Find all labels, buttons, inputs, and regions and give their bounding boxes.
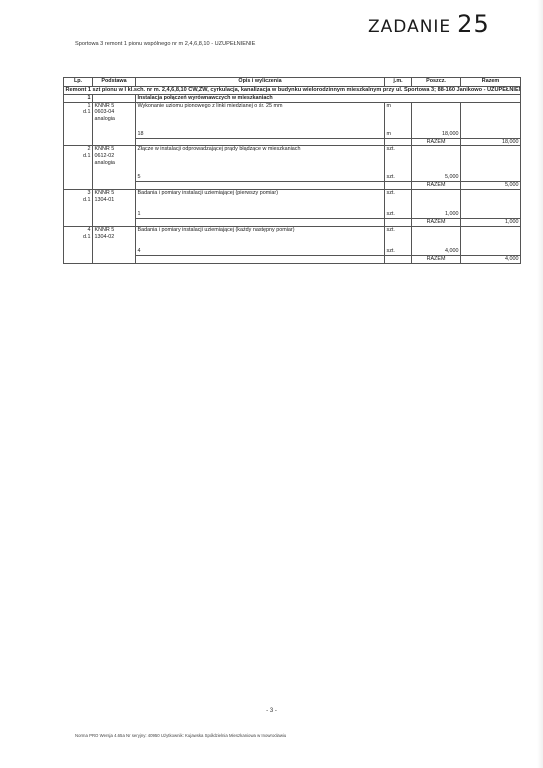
page-number: - 3 - (0, 708, 543, 714)
handwritten-task-note: ZADANIE25 (368, 10, 490, 38)
header-razem: Razem (461, 78, 521, 87)
header-podstawa: Podstawa (93, 78, 136, 87)
razem-podstawa-empty (93, 219, 136, 227)
razem-opis-empty (136, 138, 385, 146)
section-lp: 1 (64, 94, 93, 102)
podstawa-line: KNNR 5 (95, 146, 134, 153)
item-lp: 1 d.1 (64, 102, 93, 138)
item-poszcz-value: 4,000 (412, 248, 461, 256)
section-podstawa-empty (93, 94, 136, 102)
razem-opis-empty (136, 182, 385, 190)
podstawa-line: 1304-01 (95, 197, 134, 204)
item-podstawa: KNNR 51304-01 (93, 190, 136, 219)
razem-jm-empty (385, 182, 412, 190)
table-header-row: Lp. Podstawa Opis i wyliczenia j.m. Posz… (64, 78, 521, 87)
item-calc-unit: szt. (385, 248, 412, 256)
item-unit: szt. (385, 190, 412, 212)
razem-lp-empty (64, 138, 93, 146)
item-calculation: 18 (136, 131, 385, 139)
handwritten-label: ZADANIE (368, 17, 451, 37)
item-lp: 3 d.1 (64, 190, 93, 219)
item-podstawa: KNNR 51304-02 (93, 226, 136, 255)
item-calc-unit: szt. (385, 174, 412, 182)
item-podstawa: KNNR 50612-02analogia (93, 146, 136, 182)
item-description: Złącze w instalacji odprowadzającej prąd… (136, 146, 385, 175)
razem-lp-empty (64, 255, 93, 263)
item-lp-sub: d.1 (66, 109, 91, 116)
razem-label: RAZEM (412, 182, 461, 190)
table-row-razem: RAZEM 1,000 (64, 219, 521, 227)
item-poszcz-value: 5,000 (412, 174, 461, 182)
item-razem-empty (461, 146, 521, 182)
item-poszcz-empty (412, 146, 461, 175)
razem-opis-empty (136, 219, 385, 227)
razem-podstawa-empty (93, 138, 136, 146)
razem-value: 1,000 (461, 219, 521, 227)
section-name: Instalacja połączeń wyrównawczych w mies… (136, 94, 521, 102)
table-row-razem: RAZEM 18,000 (64, 138, 521, 146)
item-razem-empty (461, 190, 521, 219)
table-row-razem: RAZEM 4,000 (64, 255, 521, 263)
item-poszcz-empty (412, 226, 461, 248)
razem-jm-empty (385, 138, 412, 146)
item-poszcz-value: 18,000 (412, 131, 461, 139)
razem-jm-empty (385, 219, 412, 227)
item-lp-number: 4 (66, 227, 91, 234)
header-lp: Lp. (64, 78, 93, 87)
item-lp-sub: d.1 (66, 197, 91, 204)
handwritten-number: 25 (457, 10, 490, 38)
razem-value: 4,000 (461, 255, 521, 263)
item-lp-number: 2 (66, 146, 91, 153)
item-unit: szt. (385, 226, 412, 248)
table-row: 3 d.1 KNNR 51304-01 Badania i pomiary in… (64, 190, 521, 212)
cost-estimate-table: Lp. Podstawa Opis i wyliczenia j.m. Posz… (63, 77, 521, 264)
table-row: 2 d.1 KNNR 50612-02analogia Złącze w ins… (64, 146, 521, 175)
item-poszcz-empty (412, 102, 461, 131)
item-description: Badania i pomiary instalacji uziemiające… (136, 226, 385, 248)
razem-podstawa-empty (93, 182, 136, 190)
podstawa-line: KNNR 5 (95, 190, 134, 197)
item-calc-unit: szt. (385, 211, 412, 219)
item-razem-empty (461, 102, 521, 138)
razem-jm-empty (385, 255, 412, 263)
header-opis: Opis i wyliczenia (136, 78, 385, 87)
razem-label: RAZEM (412, 138, 461, 146)
item-calculation: 4 (136, 248, 385, 256)
item-lp-sub: d.1 (66, 153, 91, 160)
item-lp-number: 1 (66, 103, 91, 110)
footer-text: Norma PRO Wersja 4.65a Nr seryjny: 40950… (75, 733, 286, 738)
item-lp-sub: d.1 (66, 234, 91, 241)
header-poszcz: Poszcz. (412, 78, 461, 87)
header-jm: j.m. (385, 78, 412, 87)
document-header: Sportowa 3 remont 1 pionu wspólnego nr m… (75, 41, 255, 47)
podstawa-line: KNNR 5 (95, 103, 134, 110)
podstawa-line: analogia (95, 160, 134, 167)
item-description: Badania i pomiary instalacji uziemiające… (136, 190, 385, 212)
table-title-row: Remont 1 szt pionu w I kl.sch. nr m. 2,4… (64, 87, 521, 95)
table-title: Remont 1 szt pionu w I kl.sch. nr m. 2,4… (64, 87, 521, 95)
razem-lp-empty (64, 219, 93, 227)
razem-podstawa-empty (93, 255, 136, 263)
item-lp: 4 d.1 (64, 226, 93, 255)
podstawa-line: 0612-02 (95, 153, 134, 160)
item-lp: 2 d.1 (64, 146, 93, 182)
razem-label: RAZEM (412, 255, 461, 263)
section-row: 1 Instalacja połączeń wyrównawczych w mi… (64, 94, 521, 102)
table-row: 4 d.1 KNNR 51304-02 Badania i pomiary in… (64, 226, 521, 248)
item-calculation: 5 (136, 174, 385, 182)
item-description: Wykonanie uziomu pionowego z linki miedz… (136, 102, 385, 131)
item-calculation: 1 (136, 211, 385, 219)
razem-opis-empty (136, 255, 385, 263)
page-edge (537, 0, 543, 768)
item-poszcz-value: 1,000 (412, 211, 461, 219)
razem-value: 18,000 (461, 138, 521, 146)
razem-label: RAZEM (412, 219, 461, 227)
item-unit: m (385, 102, 412, 131)
podstawa-line: 0603-04 (95, 109, 134, 116)
podstawa-line: 1304-02 (95, 234, 134, 241)
item-podstawa: KNNR 50603-04analogia (93, 102, 136, 138)
item-unit: szt. (385, 146, 412, 175)
table-row: 1 d.1 KNNR 50603-04analogia Wykonanie uz… (64, 102, 521, 131)
razem-lp-empty (64, 182, 93, 190)
item-lp-number: 3 (66, 190, 91, 197)
item-calc-unit: m (385, 131, 412, 139)
podstawa-line: analogia (95, 116, 134, 123)
razem-value: 5,000 (461, 182, 521, 190)
podstawa-line: KNNR 5 (95, 227, 134, 234)
item-poszcz-empty (412, 190, 461, 212)
table-row-razem: RAZEM 5,000 (64, 182, 521, 190)
item-razem-empty (461, 226, 521, 255)
